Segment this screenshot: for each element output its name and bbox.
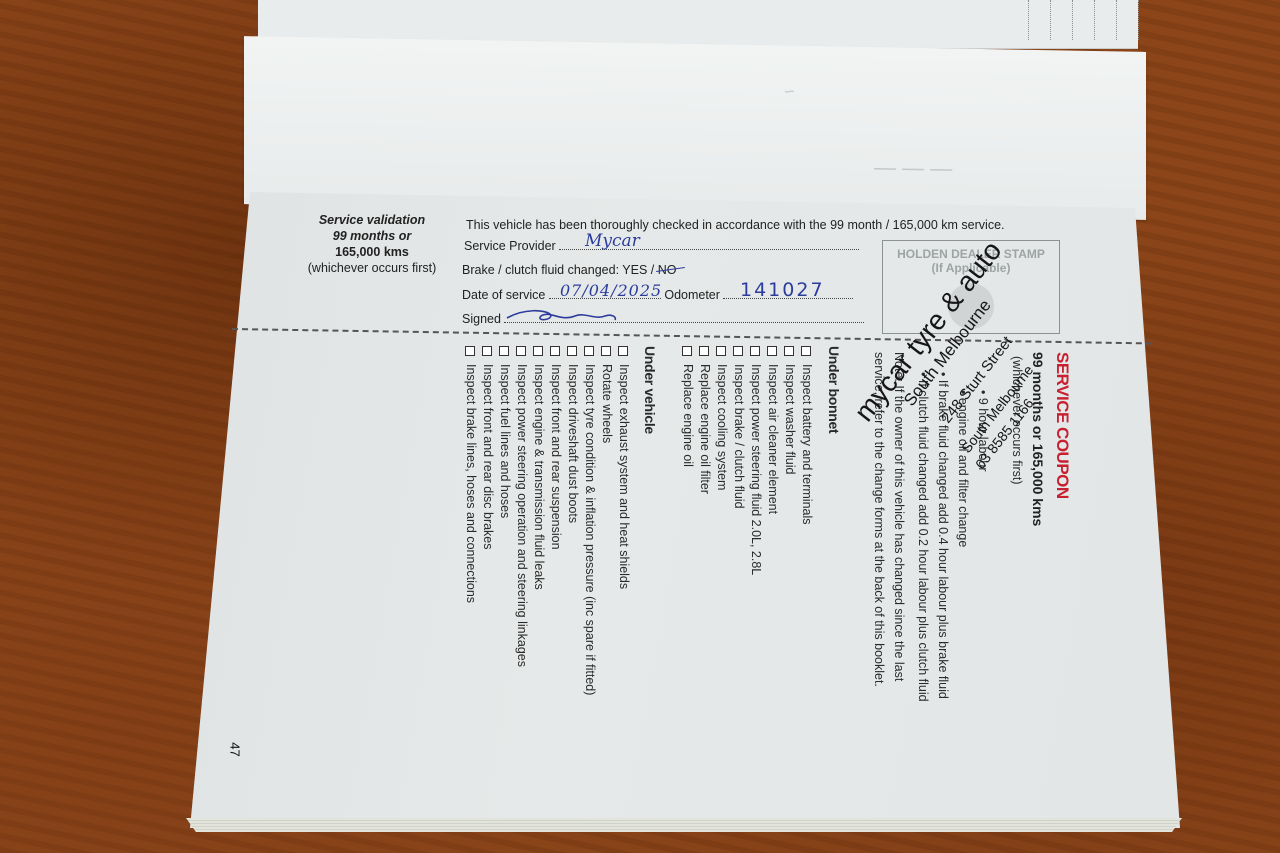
under-vehicle-item: Inspect power steering operation and ste… — [513, 346, 530, 695]
checklist-label: Inspect power steering fluid 2.0L, 2.8L — [749, 364, 763, 575]
under-vehicle-item: Rotate wheels — [598, 346, 615, 695]
under-vehicle-item: Inspect front and rear suspension — [547, 346, 564, 695]
under-bonnet-item: Inspect cooling system — [713, 346, 730, 575]
under-vehicle-item: Inspect front and rear disc brakes — [479, 346, 496, 695]
previous-page: — — — ~ — [244, 36, 1146, 220]
checklist-label: Inspect washer fluid — [783, 364, 797, 474]
checklist-label: Replace engine oil filter — [698, 364, 712, 494]
under-vehicle-heading-wrap: Under vehicle — [642, 346, 658, 434]
under-vehicle-item: Inspect tyre condition & inflation press… — [581, 346, 598, 695]
checkbox[interactable] — [733, 346, 743, 356]
checklist-label: Inspect power steering operation and ste… — [515, 364, 529, 667]
checklist-label: Inspect air cleaner element — [766, 364, 780, 514]
service-provider-row: Service Provider — [464, 238, 859, 253]
validation-note: (whichever occurs first) — [292, 260, 452, 276]
date-label: Date of service — [462, 288, 545, 302]
checkbox[interactable] — [533, 346, 543, 356]
coupon-title: SERVICE COUPON — [1052, 352, 1072, 499]
under-bonnet-item: Inspect power steering fluid 2.0L, 2.8L — [747, 346, 764, 575]
under-vehicle-heading: Under vehicle — [642, 346, 658, 434]
checklist-label: Inspect brake / clutch fluid — [732, 364, 746, 509]
page-stack-edge — [186, 818, 1182, 832]
checkbox[interactable] — [584, 346, 594, 356]
under-bonnet-item: Inspect washer fluid — [781, 346, 798, 575]
coupon-subtitle-wrap: 99 months or 165,000 kms — [1030, 352, 1046, 526]
checklist-label: Inspect front and rear suspension — [549, 364, 563, 550]
form-intro: This vehicle has been thoroughly checked… — [466, 218, 1005, 232]
under-vehicle-item: Inspect exhaust system and heat shields — [615, 346, 632, 695]
under-bonnet-item: Replace engine oil filter — [696, 346, 713, 575]
checklist-label: Rotate wheels — [600, 364, 614, 443]
checklist-label: Inspect cooling system — [715, 364, 729, 490]
fluid-row: Brake / clutch fluid changed: YES / NO — [462, 263, 676, 277]
under-vehicle-list: Inspect brake lines, hoses and connectio… — [462, 346, 632, 695]
service-provider-value: Mycar — [585, 231, 640, 251]
signed-label: Signed — [462, 312, 501, 326]
checklist-label: Inspect tyre condition & inflation press… — [583, 364, 597, 695]
checkbox[interactable] — [784, 346, 794, 356]
validation-title: Service validation — [292, 212, 452, 228]
checklist-label: Inspect battery and terminals — [800, 364, 814, 525]
checkbox[interactable] — [499, 346, 509, 356]
checklist-label: Inspect front and rear disc brakes — [481, 364, 495, 550]
under-bonnet-item: Inspect air cleaner element — [764, 346, 781, 575]
checklist-label: Inspect brake lines, hoses and connectio… — [464, 364, 478, 603]
service-provider-label: Service Provider — [464, 239, 556, 253]
under-vehicle-item: Inspect engine & transmission fluid leak… — [530, 346, 547, 695]
checklist-label: Inspect fuel lines and hoses — [498, 364, 512, 518]
under-bonnet-list: Replace engine oilReplace engine oil fil… — [679, 346, 815, 575]
checklist-label: Inspect exhaust system and heat shields — [617, 364, 631, 589]
checkbox[interactable] — [801, 346, 811, 356]
checkbox[interactable] — [465, 346, 475, 356]
under-vehicle-item: Inspect driveshaft dust boots — [564, 346, 581, 695]
under-bonnet-item: Inspect brake / clutch fluid — [730, 346, 747, 575]
under-vehicle-item: Inspect brake lines, hoses and connectio… — [462, 346, 479, 695]
service-validation-label: Service validation 99 months or 165,000 … — [292, 212, 452, 276]
under-bonnet-heading-wrap: Under bonnet — [826, 346, 842, 433]
checkbox[interactable] — [516, 346, 526, 356]
checkbox[interactable] — [699, 346, 709, 356]
checkbox[interactable] — [550, 346, 560, 356]
service-coupon: SERVICE COUPON — [1052, 352, 1072, 499]
checkbox[interactable] — [567, 346, 577, 356]
checkbox[interactable] — [601, 346, 611, 356]
checkbox[interactable] — [618, 346, 628, 356]
signature-scribble-icon — [505, 306, 625, 326]
validation-months: 99 months or — [292, 228, 452, 244]
coupon-bullet: • If clutch fluid changed add 0.2 hour l… — [916, 372, 930, 702]
under-bonnet-heading: Under bonnet — [826, 346, 842, 433]
fluid-label: Brake / clutch fluid changed: YES / — [462, 263, 654, 277]
odometer-label: Odometer — [664, 288, 720, 302]
under-bonnet-item: Inspect battery and terminals — [798, 346, 815, 575]
odometer-value: 141027 — [740, 279, 825, 301]
under-vehicle-item: Inspect fuel lines and hoses — [496, 346, 513, 695]
checkbox[interactable] — [767, 346, 777, 356]
checkbox[interactable] — [750, 346, 760, 356]
validation-kms: 165,000 kms — [292, 244, 452, 260]
page-number: 47 — [228, 742, 243, 756]
coupon-subtitle: 99 months or 165,000 kms — [1030, 352, 1046, 526]
date-value: 07/04/2025 — [560, 281, 662, 300]
checkbox[interactable] — [682, 346, 692, 356]
checklist-label: Inspect driveshaft dust boots — [566, 364, 580, 523]
fluid-no-option[interactable]: NO — [658, 263, 677, 277]
checkbox[interactable] — [482, 346, 492, 356]
checklist-label: Inspect engine & transmission fluid leak… — [532, 364, 546, 590]
under-bonnet-item: Replace engine oil — [679, 346, 696, 575]
checklist-label: Replace engine oil — [681, 364, 695, 467]
checkbox[interactable] — [716, 346, 726, 356]
